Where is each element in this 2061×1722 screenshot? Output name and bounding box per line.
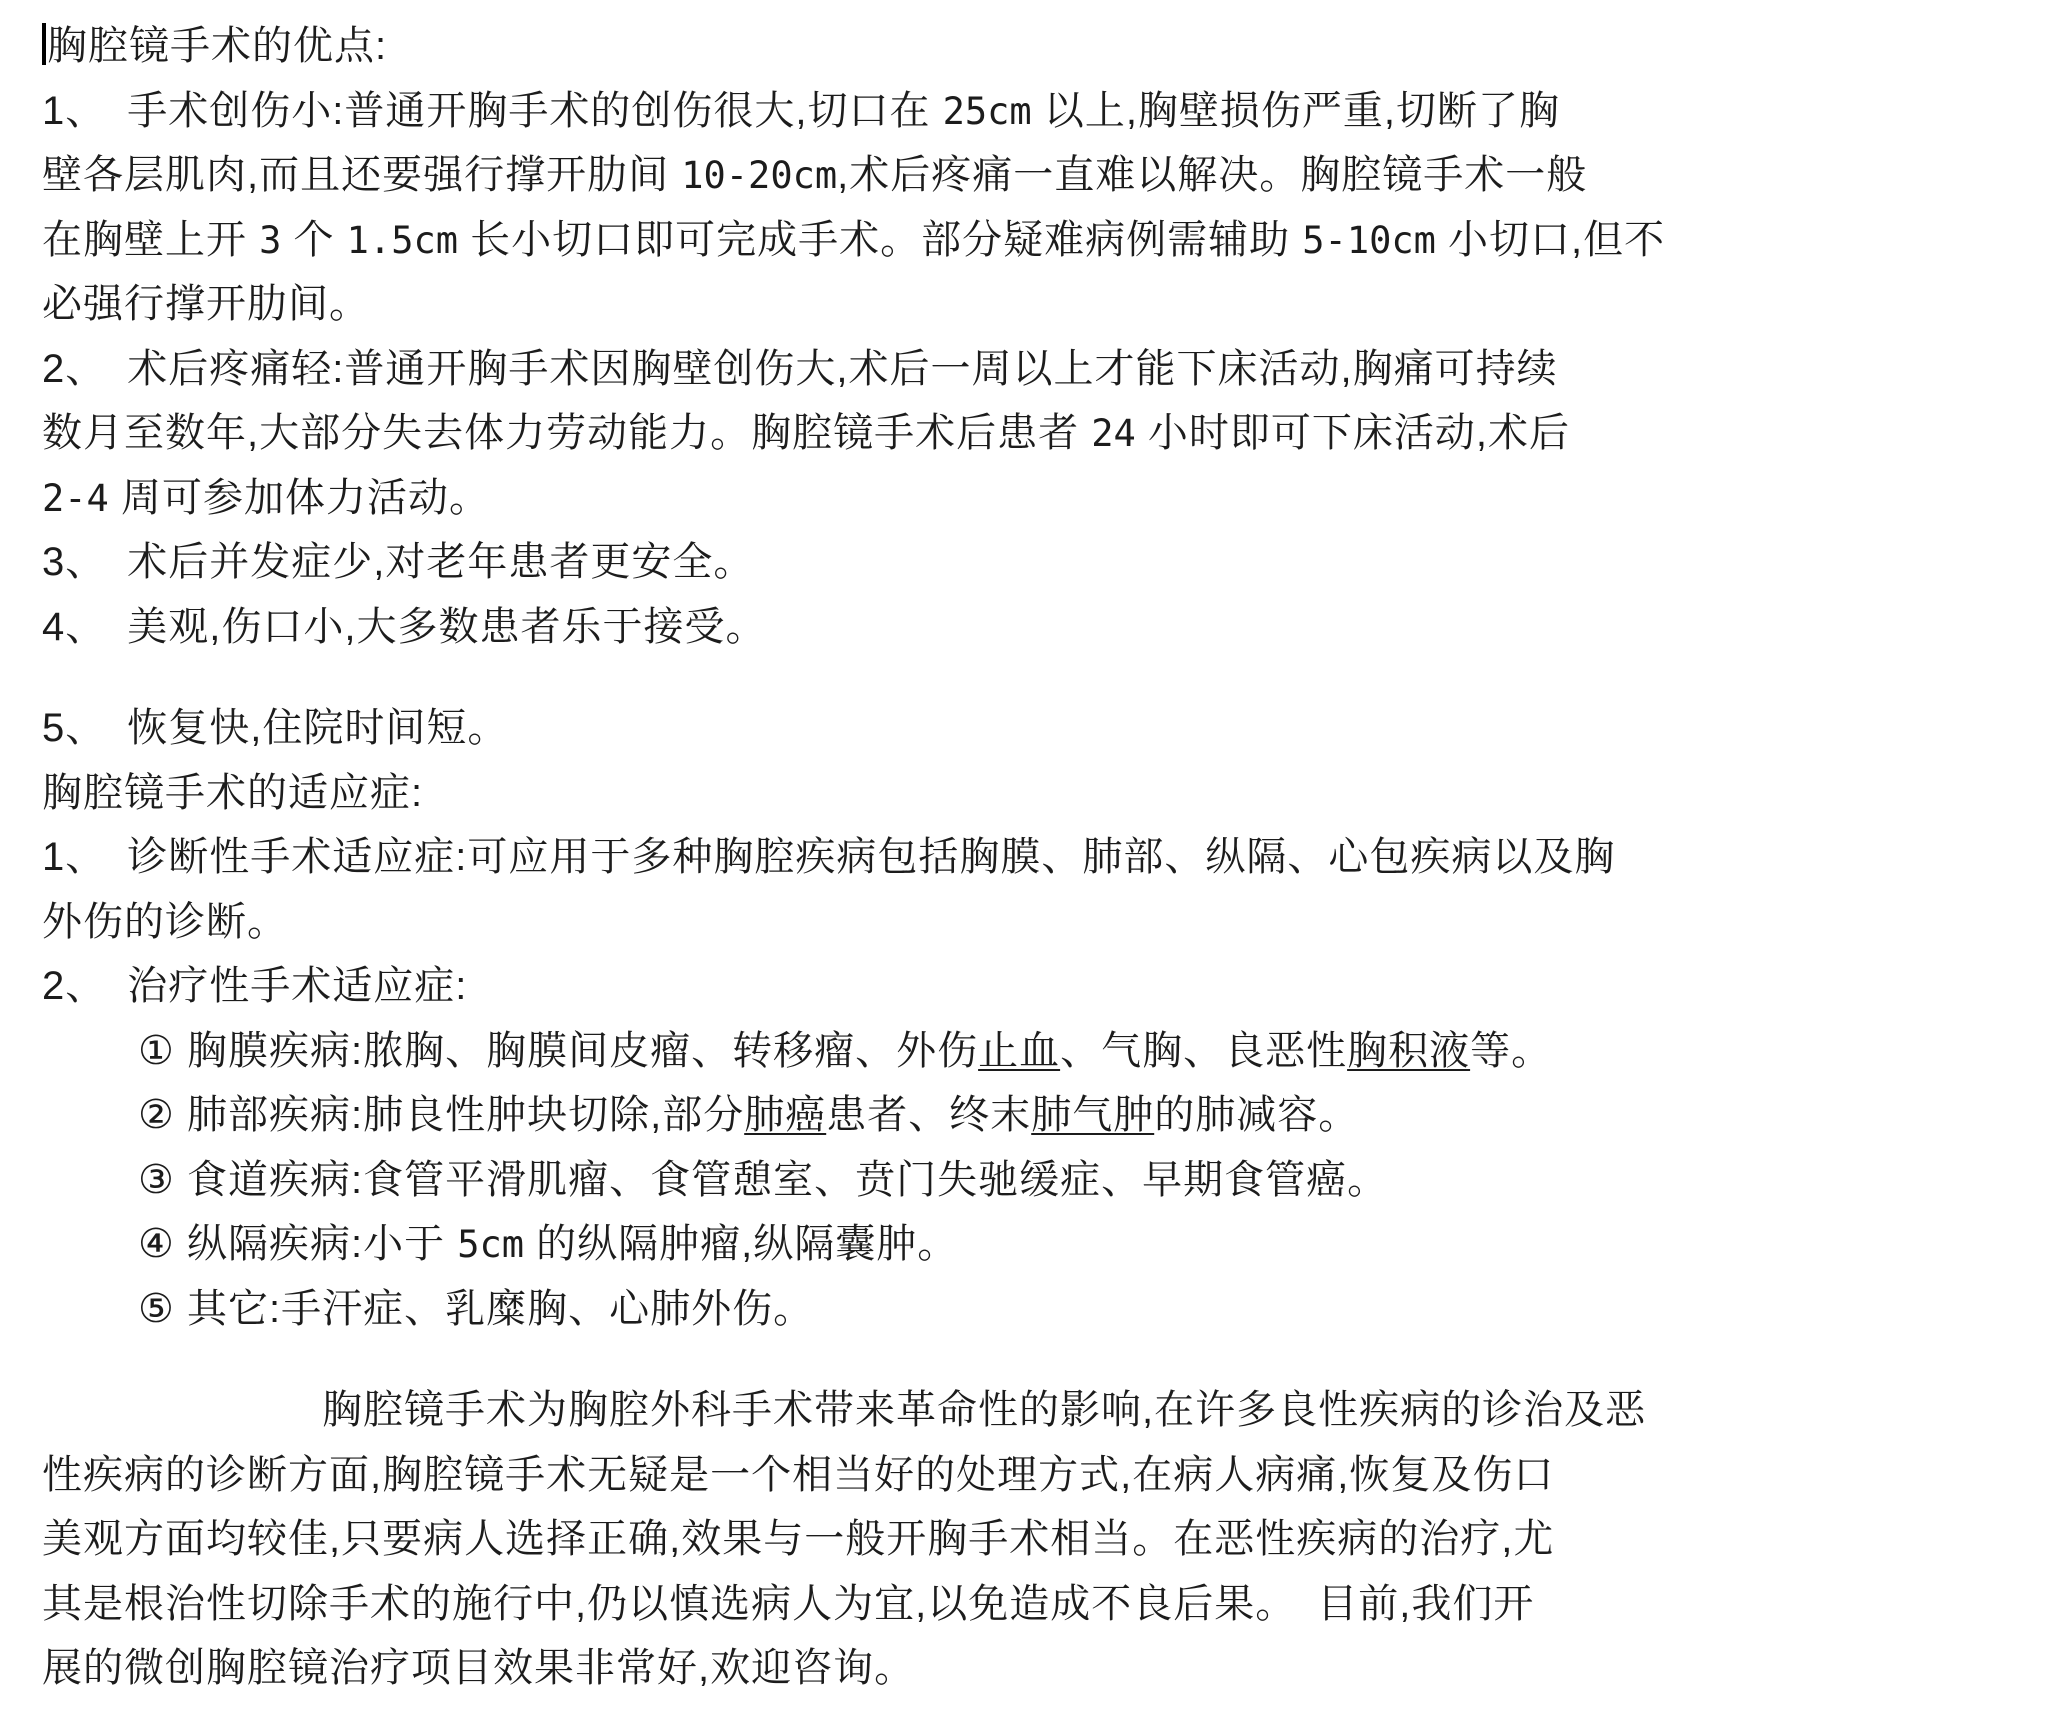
text-run: 5-10cm: [1302, 219, 1436, 262]
text-line: 在胸壁上开 3 个 1.5cm 长小切口即可完成手术。部分疑难病例需辅助 5-1…: [42, 208, 2001, 273]
text-run: 2-4: [42, 477, 109, 520]
text-run: 等。: [1470, 1029, 1552, 1073]
text-line: 展的微创胸腔镜治疗项目效果非常好,欢迎咨询。: [42, 1636, 2001, 1701]
text-run: 3、 术后并发症少,对老年患者更安全。: [42, 540, 754, 584]
text-run: 2、 治疗性手术适应症:: [42, 964, 467, 1008]
text-run: 1、 手术创伤小:普通开胸手术的创伤很大,切口在: [42, 89, 943, 133]
text-line: 5、 恢复快,住院时间短。: [42, 696, 2001, 761]
text-line: 外伤的诊断。: [42, 890, 2001, 955]
underlined-term: 胸积液: [1347, 1029, 1470, 1073]
text-run: 必强行撑开肋间。: [42, 282, 370, 326]
text-run: 美观方面均较佳,只要病人选择正确,效果与一般开胸手术相当。在恶性疾病的治疗,尤: [42, 1517, 1554, 1561]
text-line: 其是根治性切除手术的施行中,仍以慎选病人为宜,以免造成不良后果。 目前,我们开: [42, 1572, 2001, 1637]
text-run: 25cm: [943, 90, 1032, 133]
underlined-term: 肺癌: [744, 1093, 826, 1137]
text-run: 的纵隔肿瘤,纵隔囊肿。: [524, 1222, 958, 1266]
text-run: 24: [1091, 412, 1136, 455]
text-run: 壁各层肌肉,而且还要强行撑开肋间: [42, 153, 681, 197]
text-run: 2、 术后疼痛轻:普通开胸手术因胸壁创伤大,术后一周以上才能下床活动,胸痛可持续: [42, 347, 1558, 391]
text-run: ,术后疼痛一直难以解决。胸腔镜手术一般: [837, 153, 1587, 197]
underlined-term: 肺气肿: [1031, 1093, 1154, 1137]
text-line: 必强行撑开肋间。: [42, 272, 2001, 337]
text-run: ④ 纵隔疾病:小于: [138, 1222, 457, 1266]
text-run: 3: [259, 219, 281, 262]
text-run: 胸腔镜手术的优点:: [47, 24, 387, 68]
text-run: 4、 美观,伤口小,大多数患者乐于接受。: [42, 605, 766, 649]
text-line: 胸腔镜手术为胸腔外科手术带来革命性的影响,在许多良性疾病的诊治及恶: [42, 1378, 2001, 1443]
text-run: 个: [281, 218, 346, 262]
text-run: ② 肺部疾病:肺良性肿块切除,部分: [138, 1093, 744, 1137]
text-line: ④ 纵隔疾病:小于 5cm 的纵隔肿瘤,纵隔囊肿。: [42, 1212, 2001, 1277]
text-run: 以上,胸壁损伤严重,切断了胸: [1032, 89, 1560, 133]
text-run: 数月至数年,大部分失去体力劳动能力。胸腔镜手术后患者: [42, 411, 1091, 455]
text-line: 2-4 周可参加体力活动。: [42, 466, 2001, 531]
text-run: 小时即可下床活动,术后: [1136, 411, 1570, 455]
text-run: 外伤的诊断。: [42, 900, 288, 944]
text-run: 小切口,但不: [1436, 218, 1665, 262]
text-line: 美观方面均较佳,只要病人选择正确,效果与一般开胸手术相当。在恶性疾病的治疗,尤: [42, 1507, 2001, 1572]
text-run: ① 胸膜疾病:脓胸、胸膜间皮瘤、转移瘤、外伤: [138, 1029, 978, 1073]
text-run: 胸腔镜手术的适应症:: [42, 771, 423, 815]
text-run: 5、 恢复快,住院时间短。: [42, 706, 508, 750]
text-run: 的肺减容。: [1154, 1093, 1359, 1137]
text-line: 1、 手术创伤小:普通开胸手术的创伤很大,切口在 25cm 以上,胸壁损伤严重,…: [42, 79, 2001, 144]
text-line: 2、 术后疼痛轻:普通开胸手术因胸壁创伤大,术后一周以上才能下床活动,胸痛可持续: [42, 337, 2001, 402]
text-run: 长小切口即可完成手术。部分疑难病例需辅助: [458, 218, 1302, 262]
text-cursor: [42, 23, 46, 65]
text-line: 数月至数年,大部分失去体力劳动能力。胸腔镜手术后患者 24 小时即可下床活动,术…: [42, 401, 2001, 466]
text-line: 4、 美观,伤口小,大多数患者乐于接受。: [42, 595, 2001, 660]
text-run: 10-20cm: [681, 154, 837, 197]
text-line: ⑤ 其它:手汗症、乳糜胸、心肺外伤。: [42, 1277, 2001, 1342]
text-line: 2、 治疗性手术适应症:: [42, 954, 2001, 1019]
text-run: 、气胸、良恶性: [1060, 1029, 1347, 1073]
text-run: 其是根治性切除手术的施行中,仍以慎选病人为宜,以免造成不良后果。 目前,我们开: [42, 1582, 1534, 1626]
text-line: ② 肺部疾病:肺良性肿块切除,部分肺癌患者、终末肺气肿的肺减容。: [42, 1083, 2001, 1148]
text-run: 周可参加体力活动。: [109, 476, 490, 520]
text-run: ③ 食道疾病:食管平滑肌瘤、食管憩室、贲门失驰缓症、早期食管癌。: [138, 1158, 1388, 1202]
text-run: 1.5cm: [347, 219, 458, 262]
text-line: 1、 诊断性手术适应症:可应用于多种胸腔疾病包括胸膜、肺部、纵隔、心包疾病以及胸: [42, 825, 2001, 890]
underlined-term: 止血: [978, 1029, 1060, 1073]
text-line: ① 胸膜疾病:脓胸、胸膜间皮瘤、转移瘤、外伤止血、气胸、良恶性胸积液等。: [42, 1019, 2001, 1084]
text-run: 1、 诊断性手术适应症:可应用于多种胸腔疾病包括胸膜、肺部、纵隔、心包疾病以及胸: [42, 835, 1615, 879]
text-run: 胸腔镜手术为胸腔外科手术带来革命性的影响,在许多良性疾病的诊治及恶: [322, 1388, 1646, 1432]
text-line: 3、 术后并发症少,对老年患者更安全。: [42, 530, 2001, 595]
text-run: 患者、终末: [826, 1093, 1031, 1137]
text-line: ③ 食道疾病:食管平滑肌瘤、食管憩室、贲门失驰缓症、早期食管癌。: [42, 1148, 2001, 1213]
text-run: 展的微创胸腔镜治疗项目效果非常好,欢迎咨询。: [42, 1646, 915, 1690]
text-run: 在胸壁上开: [42, 218, 259, 262]
text-line: 胸腔镜手术的适应症:: [42, 761, 2001, 826]
text-run: ⑤ 其它:手汗症、乳糜胸、心肺外伤。: [138, 1287, 814, 1331]
text-line: 胸腔镜手术的优点:: [42, 14, 2001, 79]
text-run: 5cm: [457, 1223, 524, 1266]
text-run: 性疾病的诊断方面,胸腔镜手术无疑是一个相当好的处理方式,在病人病痛,恢复及伤口: [42, 1453, 1554, 1497]
text-line: 性疾病的诊断方面,胸腔镜手术无疑是一个相当好的处理方式,在病人病痛,恢复及伤口: [42, 1443, 2001, 1508]
text-line: 壁各层肌肉,而且还要强行撑开肋间 10-20cm,术后疼痛一直难以解决。胸腔镜手…: [42, 143, 2001, 208]
document-page[interactable]: 胸腔镜手术的优点:1、 手术创伤小:普通开胸手术的创伤很大,切口在 25cm 以…: [0, 0, 2061, 1722]
